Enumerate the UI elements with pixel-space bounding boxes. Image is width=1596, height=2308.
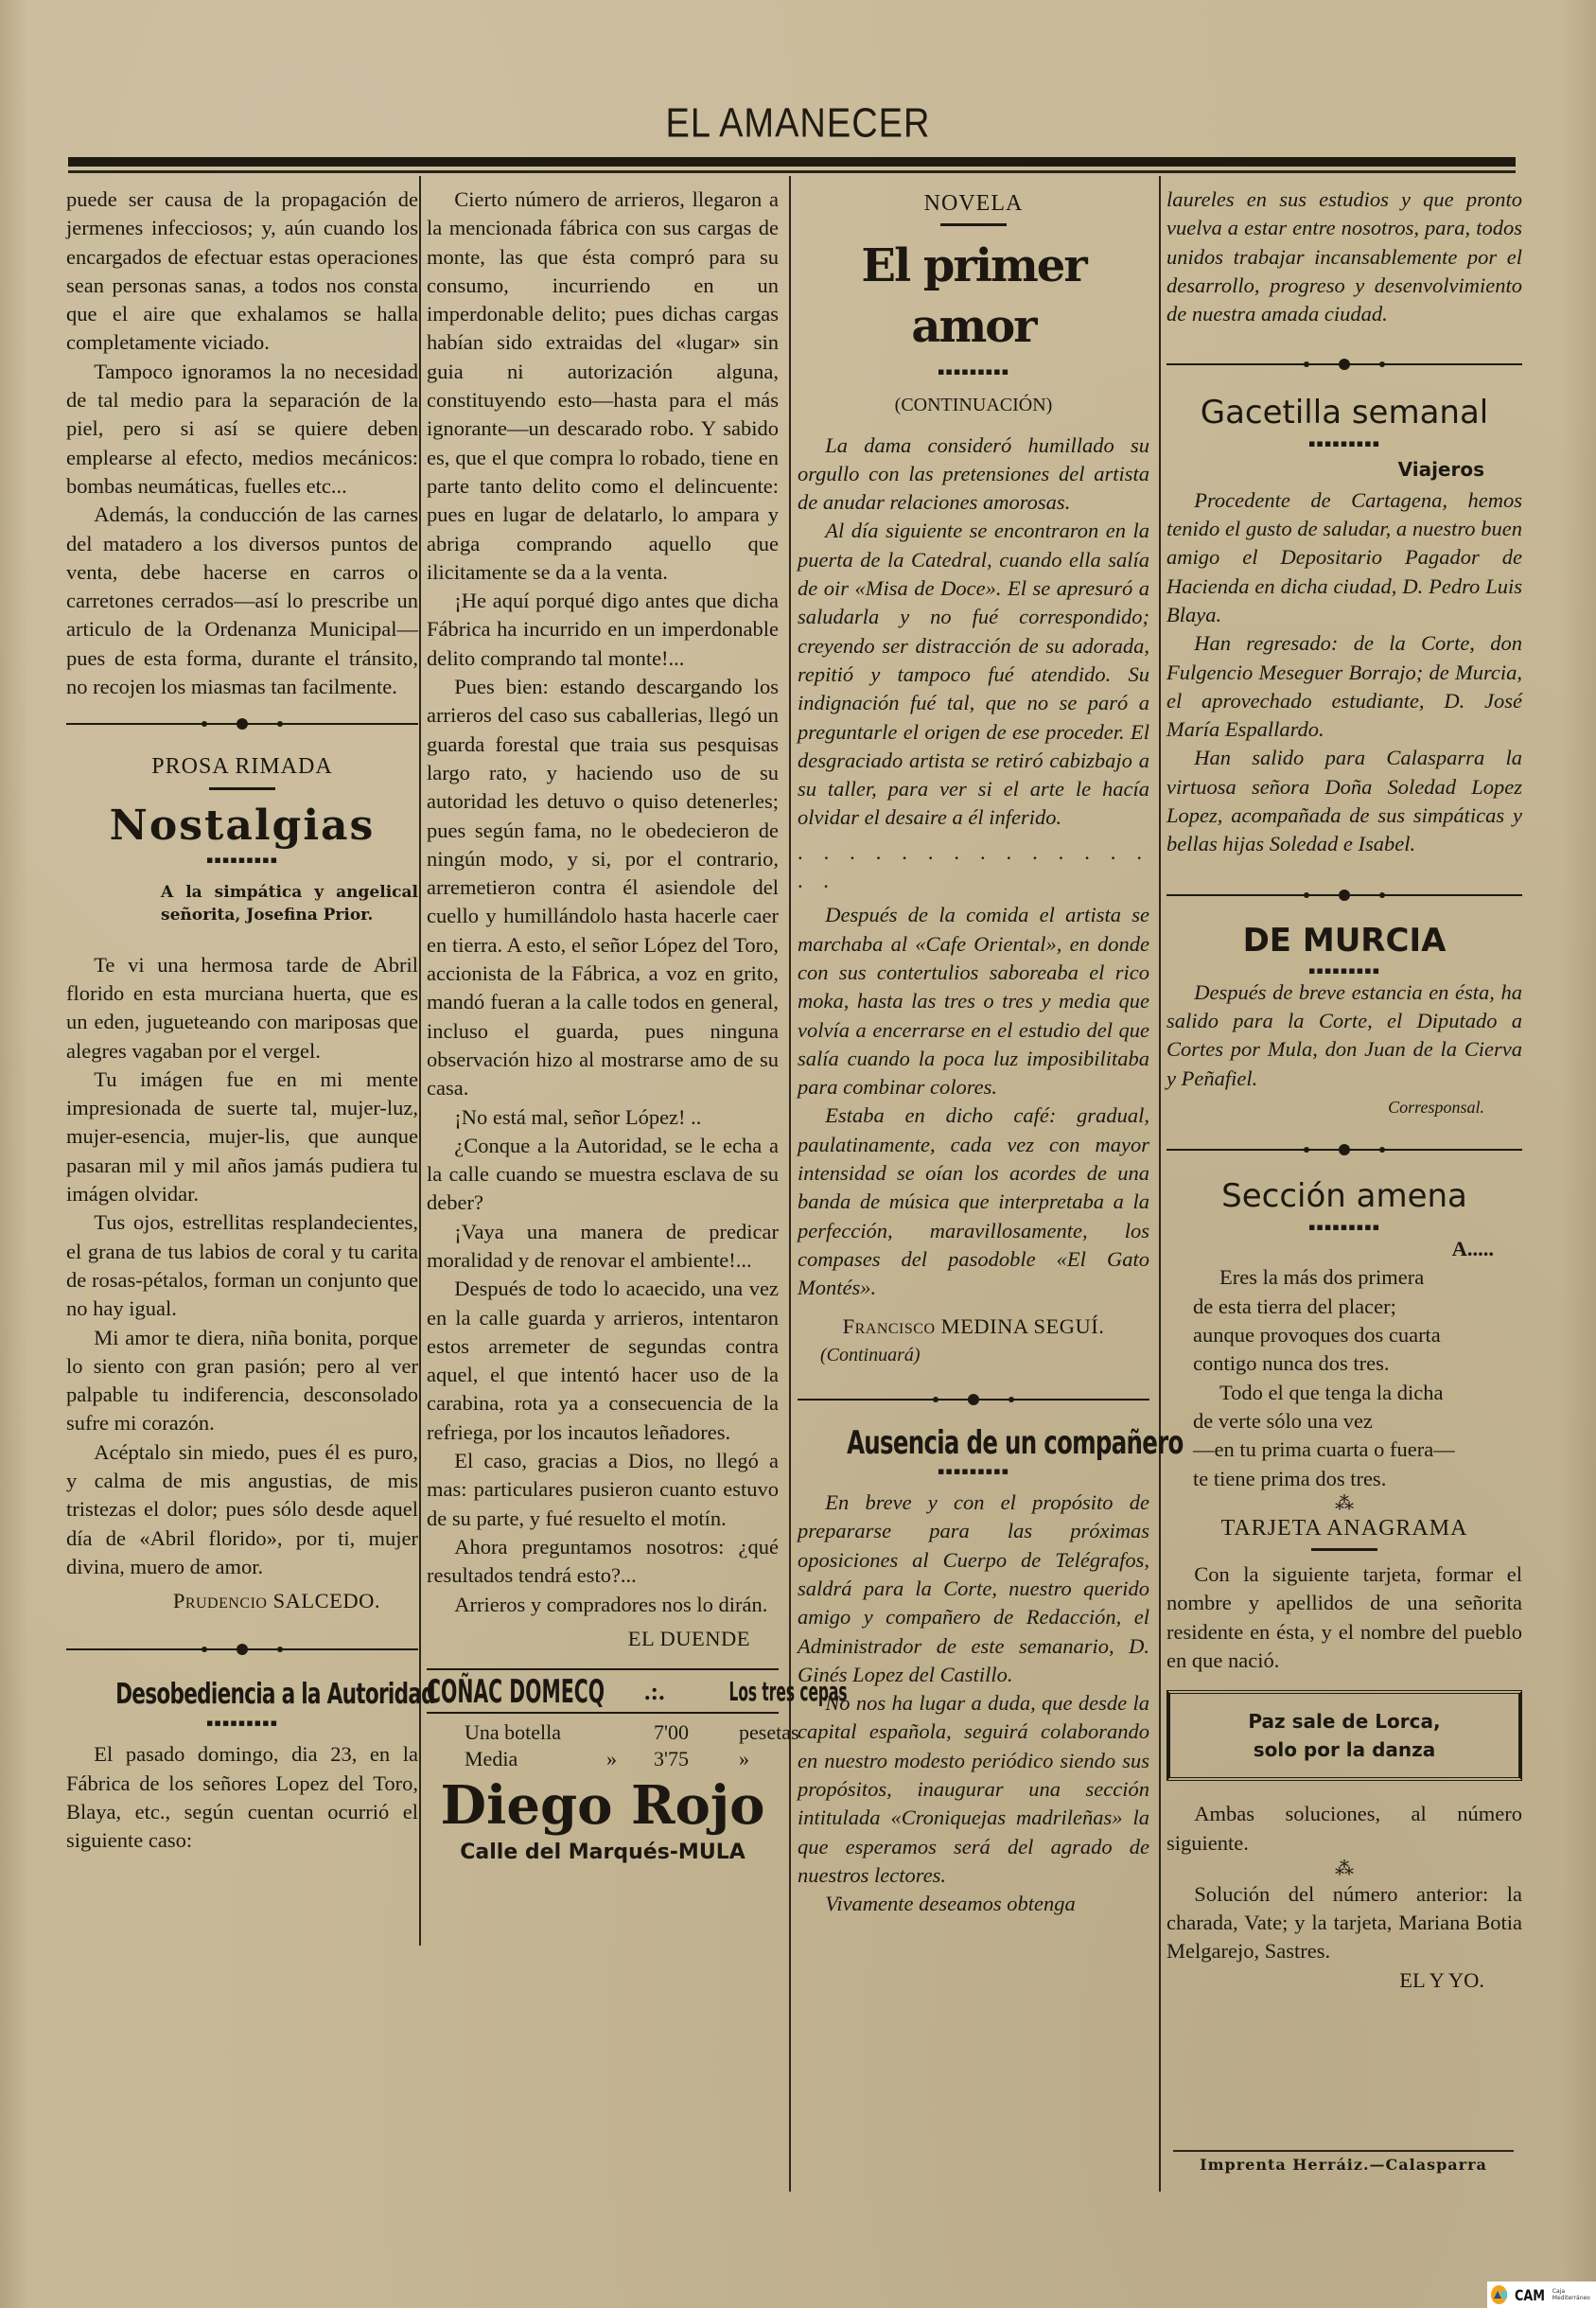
article-paragraph: Tampoco ignoramos la no necesidad de tal… <box>66 358 418 501</box>
ornamental-divider <box>66 713 418 735</box>
newspaper-title: EL AMANECER <box>666 101 931 148</box>
article-paragraph: Después de breve estancia en ésta, ha sa… <box>1166 978 1522 1093</box>
subheading: Viajeros <box>1166 455 1484 484</box>
article-paragraph: Mi amor te diera, niña bonita, porque lo… <box>66 1324 418 1438</box>
poem-line: Eres la más dos primera <box>1219 1263 1522 1292</box>
price-row: Media » 3'75 » <box>465 1746 779 1772</box>
charade-poem: Eres la más dos primera de esta tierra d… <box>1166 1263 1522 1492</box>
asterism-icon: ⁂ <box>1166 1493 1522 1514</box>
article-paragraph: ¿Conque a la Autoridad, se le echa a la … <box>427 1132 779 1218</box>
poem-line: —en tu prima cuarta o fuera— <box>1193 1436 1522 1464</box>
dot-rule: ▪▪▪▪▪▪▪▪▪ <box>1166 436 1522 451</box>
column-1: puede ser causa de la propagación de jer… <box>66 185 418 1856</box>
poem-dedication: A..... <box>1166 1235 1494 1263</box>
article-headline: Sección amena <box>1166 1172 1522 1220</box>
article-paragraph: Cierto número de arrieros, llegaron a la… <box>427 185 779 587</box>
article-paragraph: Tu imágen fue en mi mente impresionada d… <box>66 1066 418 1208</box>
article-paragraph: ¡He aquí porqué digo antes que dicha Fáb… <box>427 587 779 673</box>
column-divider <box>789 176 791 2192</box>
poem-line: te tiene prima dos tres. <box>1193 1465 1522 1493</box>
article-paragraph: El caso, gracias a Dios, no llegó a mas:… <box>427 1447 779 1533</box>
article-paragraph: No nos ha lugar a duda, que desde la cap… <box>798 1689 1149 1890</box>
ad-product: Los tres cepas <box>728 1678 807 1706</box>
dot-rule: ▪▪▪▪▪▪▪▪▪ <box>798 364 1149 379</box>
article-paragraph: Pues bien: estando descargando los arrie… <box>427 673 779 1102</box>
article-paragraph: ¡No está mal, señor López! .. <box>427 1103 779 1132</box>
column-divider <box>1159 176 1161 2192</box>
signature: EL DUENDE <box>427 1625 750 1653</box>
masthead: EL AMANECER <box>0 104 1596 145</box>
article-paragraph: Ahora preguntamos nosotros: ¿qué resulta… <box>427 1533 779 1591</box>
dot-rule: ▪▪▪▪▪▪▪▪▪ <box>66 1716 418 1731</box>
article-paragraph: Han salido para Calasparra la virtuosa s… <box>1166 744 1522 858</box>
article-paragraph: Ambas soluciones, al número siguiente. <box>1166 1800 1522 1858</box>
article-paragraph: ¡Vaya una manera de predicar moralidad y… <box>427 1218 779 1276</box>
article-paragraph: Tus ojos, estrellitas resplandecientes, … <box>66 1208 418 1323</box>
poem-line: aunque provoques dos cuarta <box>1193 1321 1522 1349</box>
masthead-rule <box>68 157 1516 167</box>
price-item: Una botella <box>465 1719 606 1746</box>
article-paragraph: El pasado domingo, dia 23, en la Fábrica… <box>66 1740 418 1855</box>
article-paragraph: laureles en sus estudios y que pronto vu… <box>1166 185 1522 328</box>
cam-logo-icon <box>1491 2285 1507 2304</box>
signature: Prudencio SALCEDO. <box>66 1587 380 1615</box>
advertisement: COÑAC DOMECQ .:. Los tres cepas Una bote… <box>427 1668 779 1868</box>
price-mark: » <box>606 1746 654 1772</box>
price-value: 3'75 <box>654 1746 739 1772</box>
ornamental-divider <box>798 1388 1149 1411</box>
short-rule <box>209 787 275 790</box>
dot-rule: ▪▪▪▪▪▪▪▪▪ <box>1166 1220 1522 1235</box>
card-line: Paz sale de Lorca, <box>1170 1707 1518 1735</box>
ornamental-divider <box>1166 1138 1522 1161</box>
article-paragraph: Procedente de Cartagena, hemos tenido el… <box>1166 486 1522 629</box>
article-paragraph: Después de la comida el artista se march… <box>798 901 1149 1101</box>
column-2: Cierto número de arrieros, llegaron a la… <box>427 185 779 1868</box>
article-paragraph: Solución del número anterior: la charada… <box>1166 1880 1522 1966</box>
article-paragraph: Después de todo lo acaecido, una vez en … <box>427 1275 779 1447</box>
article-paragraph: Arrieros y compradores nos lo dirán. <box>427 1591 779 1619</box>
dot-rule: ▪▪▪▪▪▪▪▪▪ <box>1166 963 1522 978</box>
price-row: Una botella 7'00 pesetas <box>465 1719 779 1746</box>
short-rule <box>940 223 1007 226</box>
continuation-label: (CONTINUACIÓN) <box>798 391 1149 419</box>
section-label: NOVELA <box>798 189 1149 218</box>
article-paragraph: Han regresado: de la Corte, don Fulgenci… <box>1166 629 1522 744</box>
ad-header: COÑAC DOMECQ .:. Los tres cepas <box>427 1678 779 1714</box>
continuara-label: (Continuará) <box>820 1341 1149 1369</box>
dot-rule: ▪▪▪▪▪▪▪▪▪ <box>798 1464 1149 1479</box>
ornamental-divider <box>1166 884 1522 907</box>
article-headline: El primer amor <box>798 236 1149 357</box>
masthead-rule-thin <box>68 170 1516 173</box>
article-headline: Nostalgias <box>66 800 418 853</box>
poem-line: de verte sólo una vez <box>1193 1407 1522 1436</box>
price-value: 7'00 <box>654 1719 739 1746</box>
dot-rule: ▪▪▪▪▪▪▪▪▪ <box>66 853 418 868</box>
logo-subtext: Caja Mediterráneo <box>1552 2288 1596 2301</box>
article-paragraph: La dama consideró humillado su orgullo c… <box>798 432 1149 518</box>
section-label: TARJETA ANAGRAMA <box>1166 1514 1522 1542</box>
article-paragraph: Al día siguiente se encontraron en la pu… <box>798 517 1149 832</box>
article-paragraph: Estaba en dicho café: gradual, paulatina… <box>798 1101 1149 1302</box>
signature: EL Y YO. <box>1166 1966 1484 1995</box>
article-paragraph: puede ser causa de la propagación de jer… <box>66 185 418 358</box>
asterism-icon: ⁂ <box>1166 1858 1522 1880</box>
article-headline: Gacetilla semanal <box>1166 389 1522 436</box>
ad-seller: Diego Rojo <box>427 1772 779 1839</box>
article-headline: Desobediencia a la Autoridad <box>115 1674 369 1716</box>
signature: Corresponsal. <box>1166 1093 1484 1121</box>
card-line: solo por la danza <box>1170 1735 1518 1764</box>
ad-brand: COÑAC DOMECQ <box>427 1678 557 1706</box>
column-3: NOVELA El primer amor ▪▪▪▪▪▪▪▪▪ (CONTINU… <box>798 185 1149 1919</box>
logo-text: CAM <box>1515 2286 1545 2304</box>
article-paragraph: Te vi una hermosa tarde de Abril florido… <box>66 951 418 1066</box>
short-rule <box>1311 1548 1377 1551</box>
article-paragraph: En breve y con el propósito de preparars… <box>798 1489 1149 1689</box>
article-paragraph: Además, la conducción de las carnes del … <box>66 501 418 701</box>
dedication: A la simpática y angelical señorita, Jos… <box>161 881 418 926</box>
poem-line: contigo nunca dos tres. <box>1193 1349 1522 1378</box>
price-item: Media <box>465 1746 606 1772</box>
ornamental-divider <box>1166 353 1522 376</box>
printer-imprint: Imprenta Herráiz.—Calasparra <box>1173 2150 1514 2174</box>
signature: Francisco MEDINA SEGUÍ. <box>798 1313 1149 1341</box>
section-label: PROSA RIMADA <box>66 752 418 781</box>
article-headline: DE MURCIA <box>1166 918 1522 963</box>
column-4: laureles en sus estudios y que pronto vu… <box>1166 185 1522 1995</box>
ad-address: Calle del Marqués-MULA <box>427 1839 779 1867</box>
ornamental-divider <box>66 1638 418 1661</box>
ad-separator: .:. <box>644 1678 665 1706</box>
article-paragraph: Con la siguiente tarjeta, formar el nomb… <box>1166 1560 1522 1675</box>
poem-line: Todo el que tenga la dicha <box>1219 1379 1522 1407</box>
anagram-card: Paz sale de Lorca, solo por la danza <box>1166 1690 1522 1781</box>
ellipsis-break: . . . . . . . . . . . . . . . . <box>798 838 1149 896</box>
archive-logo: CAM Caja Mediterráneo <box>1487 2282 1596 2308</box>
article-paragraph: Vivamente deseamos obtenga <box>798 1890 1149 1918</box>
poem-line: de esta tierra del placer; <box>1193 1293 1522 1321</box>
article-headline: Ausencia de un compañero <box>847 1422 1100 1464</box>
article-paragraph: Acéptalo sin miedo, pues él es puro, y c… <box>66 1438 418 1581</box>
price-mark <box>606 1719 654 1746</box>
